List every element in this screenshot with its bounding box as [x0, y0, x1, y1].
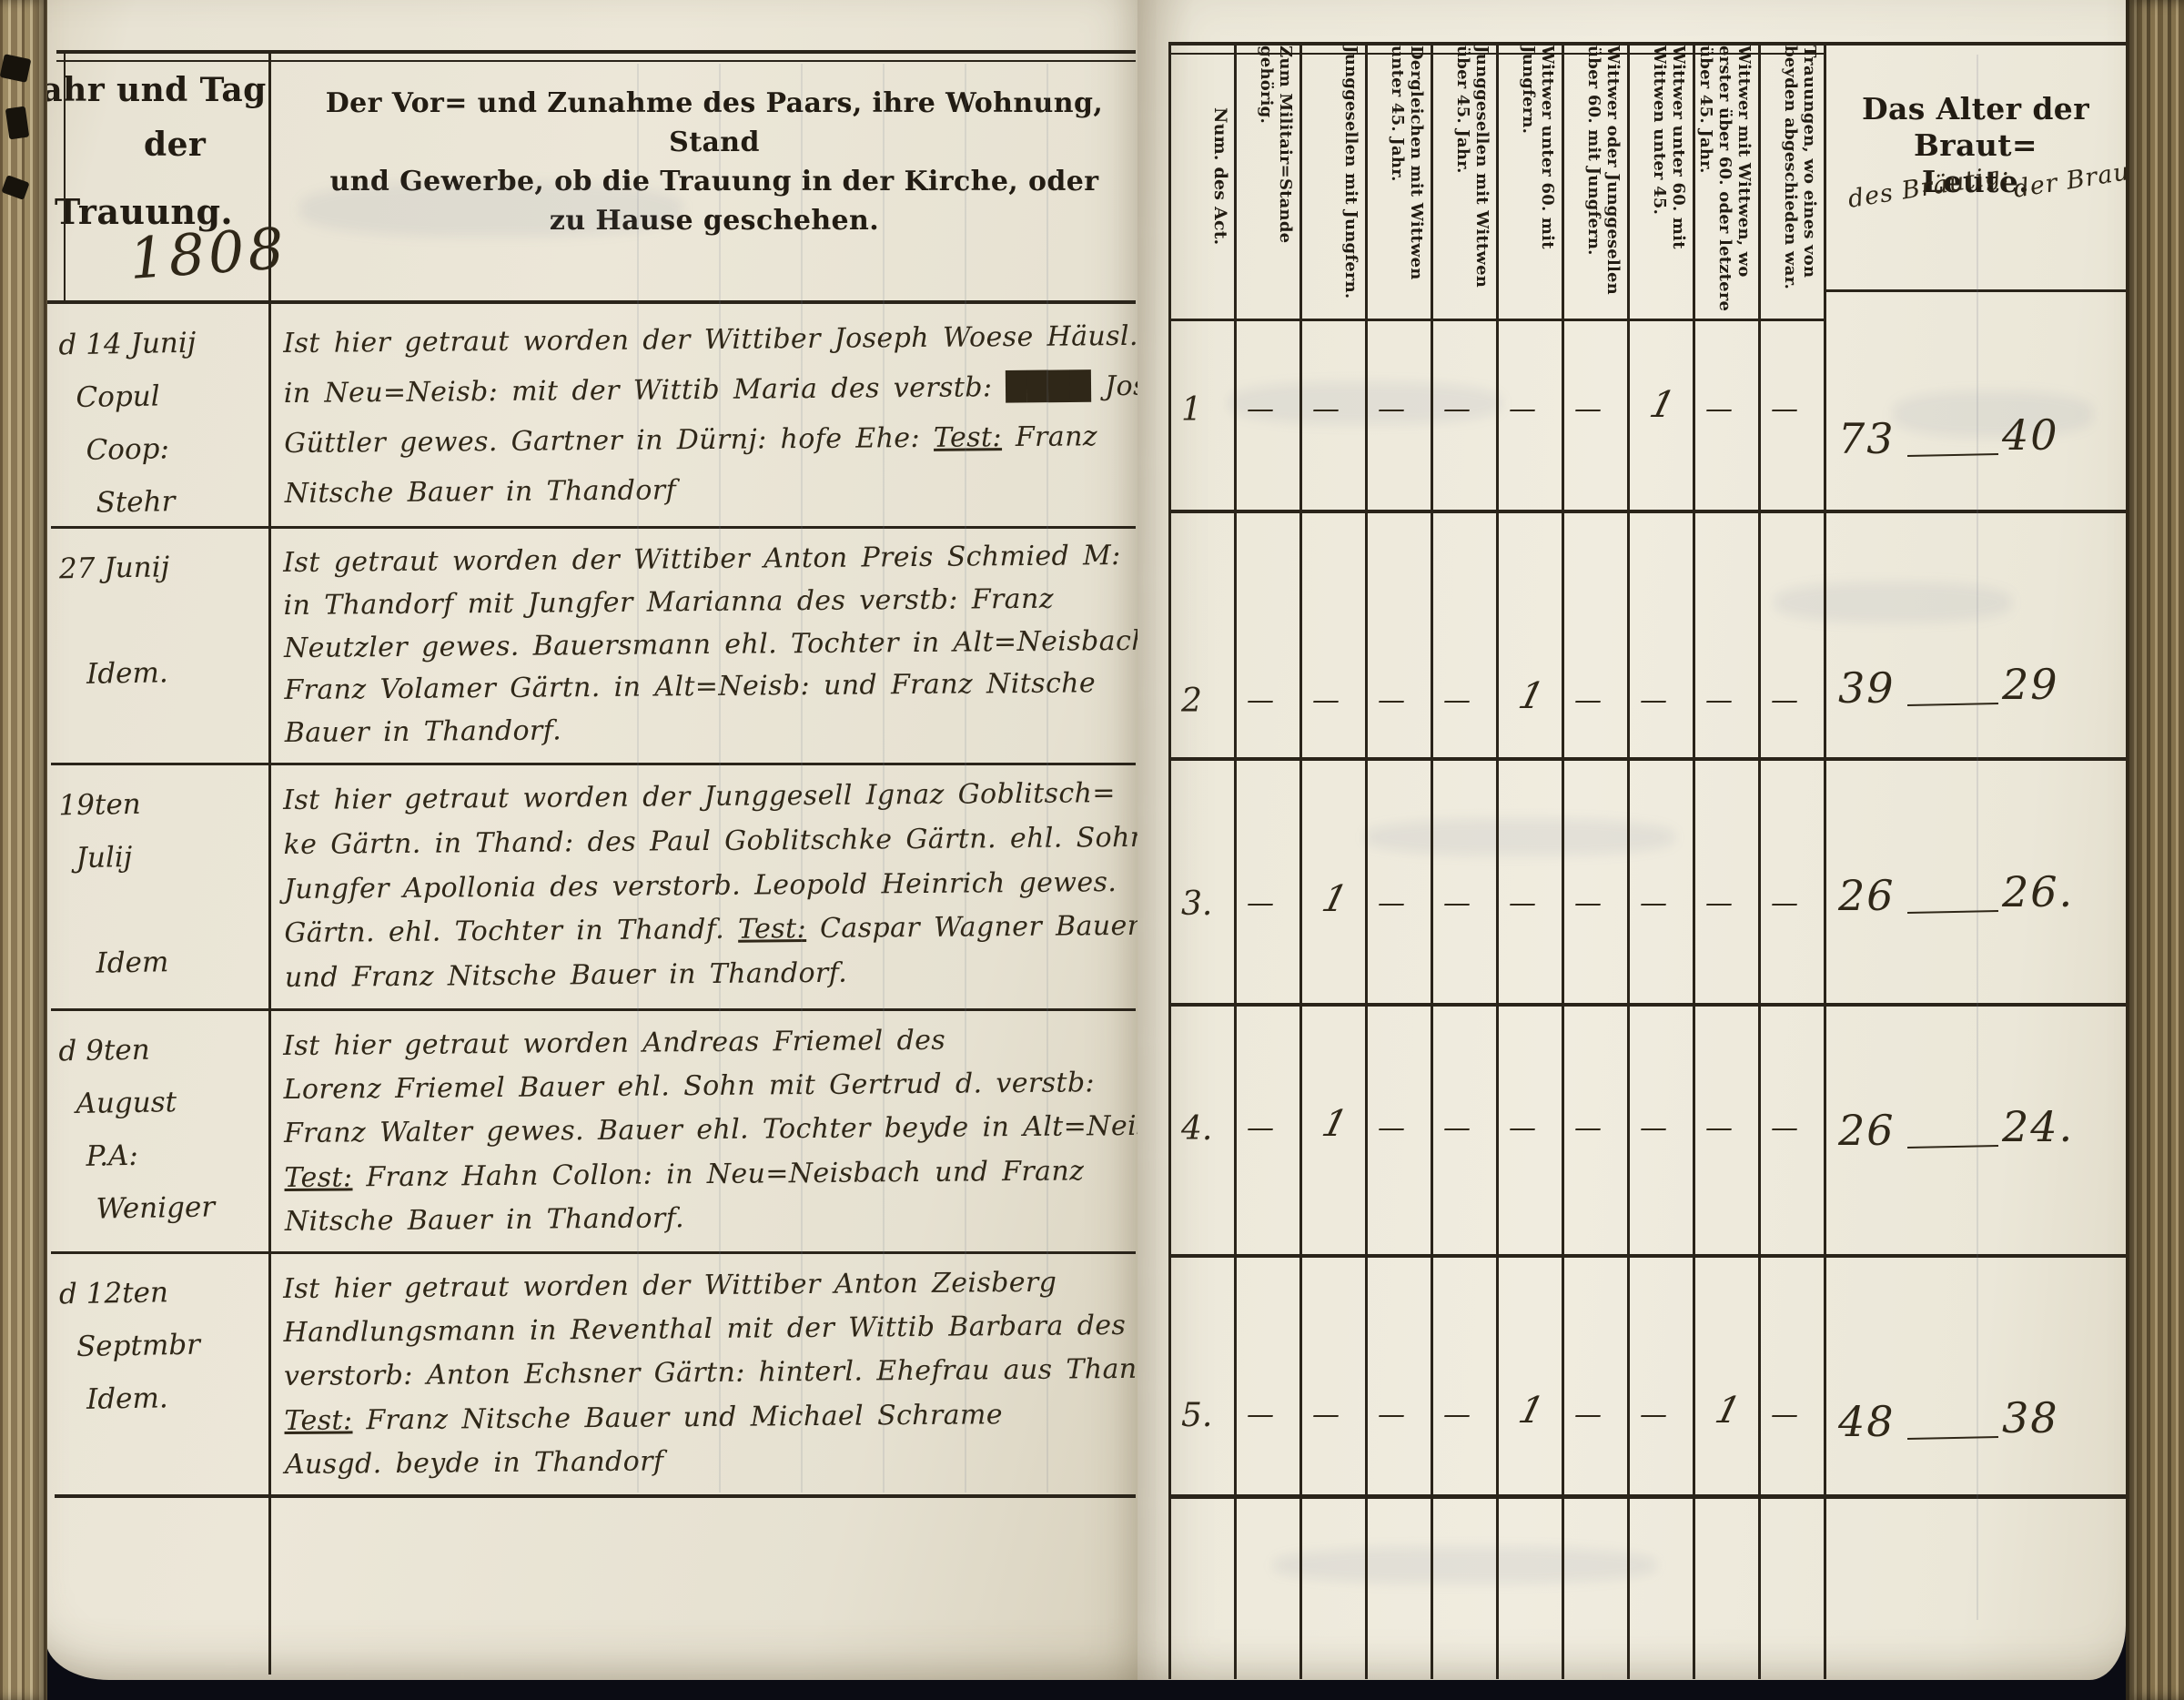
row-2-mark-1: —	[1247, 684, 1274, 716]
rule-horizontal	[55, 1494, 1136, 1498]
witnesses-label: Test:	[934, 421, 1002, 454]
row-2-mark-6: —	[1574, 684, 1602, 716]
rule-vertical	[64, 50, 66, 302]
handwritten-line: und Franz Nitsche Bauer in Thandorf.	[285, 949, 1131, 1001]
row-3-mark-6: —	[1574, 887, 1602, 919]
row-2-num: 2	[1181, 683, 1202, 720]
handwritten-line: Ist hier getraut worden der Wittiber Ant…	[283, 1260, 1129, 1311]
row-5-mark-3: —	[1378, 1399, 1405, 1431]
rule-horizontal	[51, 763, 1136, 765]
column-header-3: Dergleichen mit Wittwen unter 45. Jahr.	[1364, 46, 1428, 315]
row-1-mark-4: —	[1443, 393, 1471, 425]
row-3-mark-5: —	[1509, 887, 1536, 919]
rule-vertical	[268, 50, 271, 1675]
row-4-num: 4.	[1181, 1110, 1212, 1148]
entry-2-text: Ist getraut worden der Wittiber Anton Pr…	[283, 535, 1131, 755]
handwritten-line: Güttler gewes. Gartner in Dürnj: hofe Eh…	[284, 411, 1130, 469]
entry-4-text: Ist hier getraut worden Andreas Friemel …	[283, 1017, 1131, 1244]
row-1-mark-8: —	[1705, 393, 1733, 425]
row-3-num: 3.	[1181, 885, 1212, 923]
row-4-age-bride: 24.	[2002, 1102, 2074, 1151]
book-page-stack-left	[0, 0, 47, 1700]
handwritten-line: Nitsche Bauer in Thandorf	[284, 461, 1130, 519]
row-2-mark-3: —	[1378, 684, 1405, 716]
rule-horizontal	[1824, 289, 2126, 292]
handwritten-line: Neutzler gewes. Bauersmann ehl. Tochter …	[284, 621, 1130, 671]
row-4-mark-6: —	[1574, 1112, 1602, 1144]
rule-horizontal	[1168, 1003, 2126, 1007]
bleed-smudge	[1893, 391, 2093, 437]
handwritten-line: Test: Franz Nitsche Bauer und Michael Sc…	[284, 1392, 1130, 1443]
row-5-mark-2: —	[1312, 1399, 1340, 1431]
witnesses-label: Test:	[284, 1404, 352, 1437]
handwritten-line: Franz Walter gewes. Bauer ehl. Tochter b…	[284, 1105, 1130, 1156]
year-label: 1808	[127, 215, 289, 292]
row-5-mark-1: —	[1247, 1399, 1274, 1431]
row-2-mark-4: —	[1443, 684, 1471, 716]
row-4-mark-5: —	[1509, 1112, 1536, 1144]
row-4-age-groom: 26	[1838, 1106, 1896, 1155]
column-header-0: Num. des Act.	[1168, 107, 1231, 312]
bleed-line	[1046, 64, 1048, 1493]
witnesses-label: Test:	[284, 1161, 352, 1194]
handwritten-line: Handlungsmann in Reventhal mit der Witti…	[283, 1304, 1129, 1355]
rule-horizontal	[51, 1008, 1136, 1011]
row-4-mark-1: —	[1247, 1112, 1274, 1144]
handwritten-line: Ist hier getraut worden der Junggesell I…	[283, 772, 1129, 824]
handwritten-line: Ist hier getraut worden der Wittiber Jos…	[283, 311, 1129, 369]
handwritten-line: Franz Volamer Gärtn. in Alt=Neisb: und F…	[284, 663, 1130, 713]
handwritten-line: Gärtn. ehl. Tochter in Thandf. Test: Cas…	[284, 905, 1130, 956]
row-5-mark-6: —	[1574, 1399, 1602, 1431]
witnesses-label: Test:	[738, 913, 806, 946]
handwritten-line: Nitsche Bauer in Thandorf.	[285, 1193, 1131, 1244]
column-header-2: Junggesellen mit Jungfern.	[1299, 46, 1362, 315]
row-1-mark-2: —	[1312, 393, 1340, 425]
column-header-6: Wittwer oder Junggesellen über 60. mit J…	[1561, 46, 1624, 315]
bleed-smudge	[300, 182, 682, 237]
entry-1-text: Ist hier getraut worden der Wittiber Jos…	[283, 311, 1131, 519]
marriage-register-scan: Jahr und Tag der Trauung. 1808 Der Vor= …	[0, 0, 2184, 1700]
handwritten-line: Lorenz Friemel Bauer ehl. Sohn mit Gertr…	[283, 1061, 1129, 1112]
handwritten-line: Ausgd. beyde in Thandorf	[285, 1436, 1131, 1487]
handwritten-line: Jungfer Apollonia des verstorb. Leopold …	[284, 861, 1130, 913]
handwritten-line: Ist hier getraut worden Andreas Friemel …	[283, 1017, 1129, 1068]
row-3-age-groom: 26	[1838, 871, 1896, 920]
row-4-mark-4: —	[1443, 1112, 1471, 1144]
ages-middle-divider	[1977, 55, 1978, 1620]
row-2-mark-2: —	[1312, 684, 1340, 716]
row-5-mark-7: —	[1640, 1399, 1667, 1431]
rule-horizontal	[45, 300, 1136, 304]
row-4-mark-3: —	[1378, 1112, 1405, 1144]
row-1-mark-5: —	[1509, 393, 1536, 425]
rule-horizontal	[51, 1251, 1136, 1254]
row-3-mark-8: —	[1705, 887, 1733, 919]
column-header-9: Trauungen, wo eines von beyden abgeschie…	[1757, 46, 1821, 315]
rule-horizontal	[51, 526, 1136, 529]
bleed-line	[801, 64, 803, 1493]
book-page-stack-right	[2126, 0, 2184, 1700]
column-header-1: Zum Militair=Stande gehörig.	[1233, 46, 1297, 315]
handwritten-line: Bauer in Thandorf.	[285, 705, 1131, 755]
rule-horizontal	[1168, 757, 2126, 761]
rule-vertical	[1824, 42, 1826, 1679]
rule-horizontal	[1168, 1254, 2126, 1258]
row-3-mark-9: —	[1771, 887, 1798, 919]
row-1-age-bride: 40	[2002, 410, 2059, 460]
row-1-mark-6: —	[1574, 393, 1602, 425]
row-5-mark-9: —	[1771, 1399, 1798, 1431]
row-1-mark-1: —	[1247, 393, 1274, 425]
entry-5-text: Ist hier getraut worden der Wittiber Ant…	[283, 1260, 1131, 1487]
ages-title-line1: Das Alter der Braut=	[1827, 91, 2124, 164]
row-2-mark-9: —	[1771, 684, 1798, 716]
row-3-age-bride: 26.	[2002, 867, 2074, 916]
bleed-line	[883, 64, 885, 1493]
entry-3-text: Ist hier getraut worden der Junggesell I…	[283, 772, 1131, 1001]
column-header-4: Junggesellen mit Wittwen über 45. Jahr.	[1430, 46, 1493, 315]
bleed-line	[719, 64, 721, 1493]
row-1-mark-9: —	[1771, 393, 1798, 425]
bleed-smudge	[1274, 1547, 1656, 1584]
handwritten-line: Test: Franz Hahn Collon: in Neu=Neisbach…	[284, 1149, 1130, 1200]
row-5-age-groom: 48	[1838, 1397, 1896, 1446]
ink-mark	[5, 106, 30, 140]
row-1-mark-3: —	[1378, 393, 1405, 425]
row-2-mark-7: —	[1640, 684, 1667, 716]
row-4-mark-8: —	[1705, 1112, 1733, 1144]
column-header-5: Wittwer unter 60. mit Jungfern.	[1495, 46, 1559, 315]
row-2-mark-8: —	[1705, 684, 1733, 716]
rule-horizontal	[1168, 1494, 2126, 1499]
rule-horizontal	[1168, 510, 2126, 513]
handwritten-line: ke Gärtn. in Thand: des Paul Goblitschke…	[283, 816, 1129, 868]
main-title-line: Der Vor= und Zunahme des Paars, ihre Woh…	[278, 84, 1151, 162]
row-5-mark-4: —	[1443, 1399, 1471, 1431]
row-3-mark-3: —	[1378, 887, 1405, 919]
column-header-7: Wittwer unter 60. mit Wittwen unter 45.	[1626, 46, 1690, 315]
column-header-8: Wittwer mit Wittwen, wo erster über 60. …	[1692, 46, 1755, 315]
row-5-num: 5.	[1181, 1397, 1212, 1434]
row-3-mark-4: —	[1443, 887, 1471, 919]
left-page: Jahr und Tag der Trauung. 1808 Der Vor= …	[45, 0, 1137, 1680]
handwritten-line: Ist getraut worden der Wittiber Anton Pr…	[283, 535, 1129, 585]
row-3-mark-7: —	[1640, 887, 1667, 919]
handwritten-line: in Neu=Neisb: mit der Wittib Maria des v…	[284, 361, 1130, 419]
rule-horizontal	[56, 60, 1136, 62]
row-4-mark-7: —	[1640, 1112, 1667, 1144]
handwritten-line: in Thandorf mit Jungfer Marianna des ver…	[283, 578, 1129, 628]
date-column-title-line1: Jahr und Tag	[25, 71, 267, 109]
bleed-line	[637, 64, 639, 1493]
bleed-line	[965, 64, 966, 1493]
row-1-num: 1	[1181, 391, 1202, 429]
row-5-age-bride: 38	[2002, 1393, 2059, 1442]
rule-horizontal	[56, 50, 1136, 54]
date-column-title-line2: der	[144, 126, 206, 164]
row-4-mark-9: —	[1771, 1112, 1798, 1144]
row-2-age-bride: 29	[2002, 660, 2059, 709]
row-2-age-groom: 39	[1838, 663, 1896, 713]
handwritten-line: verstorb: Anton Echsner Gärtn: hinterl. …	[284, 1348, 1130, 1399]
row-3-mark-1: —	[1247, 887, 1274, 919]
row-1-age-groom: 73	[1838, 414, 1896, 463]
bleed-smudge	[1774, 582, 2011, 622]
